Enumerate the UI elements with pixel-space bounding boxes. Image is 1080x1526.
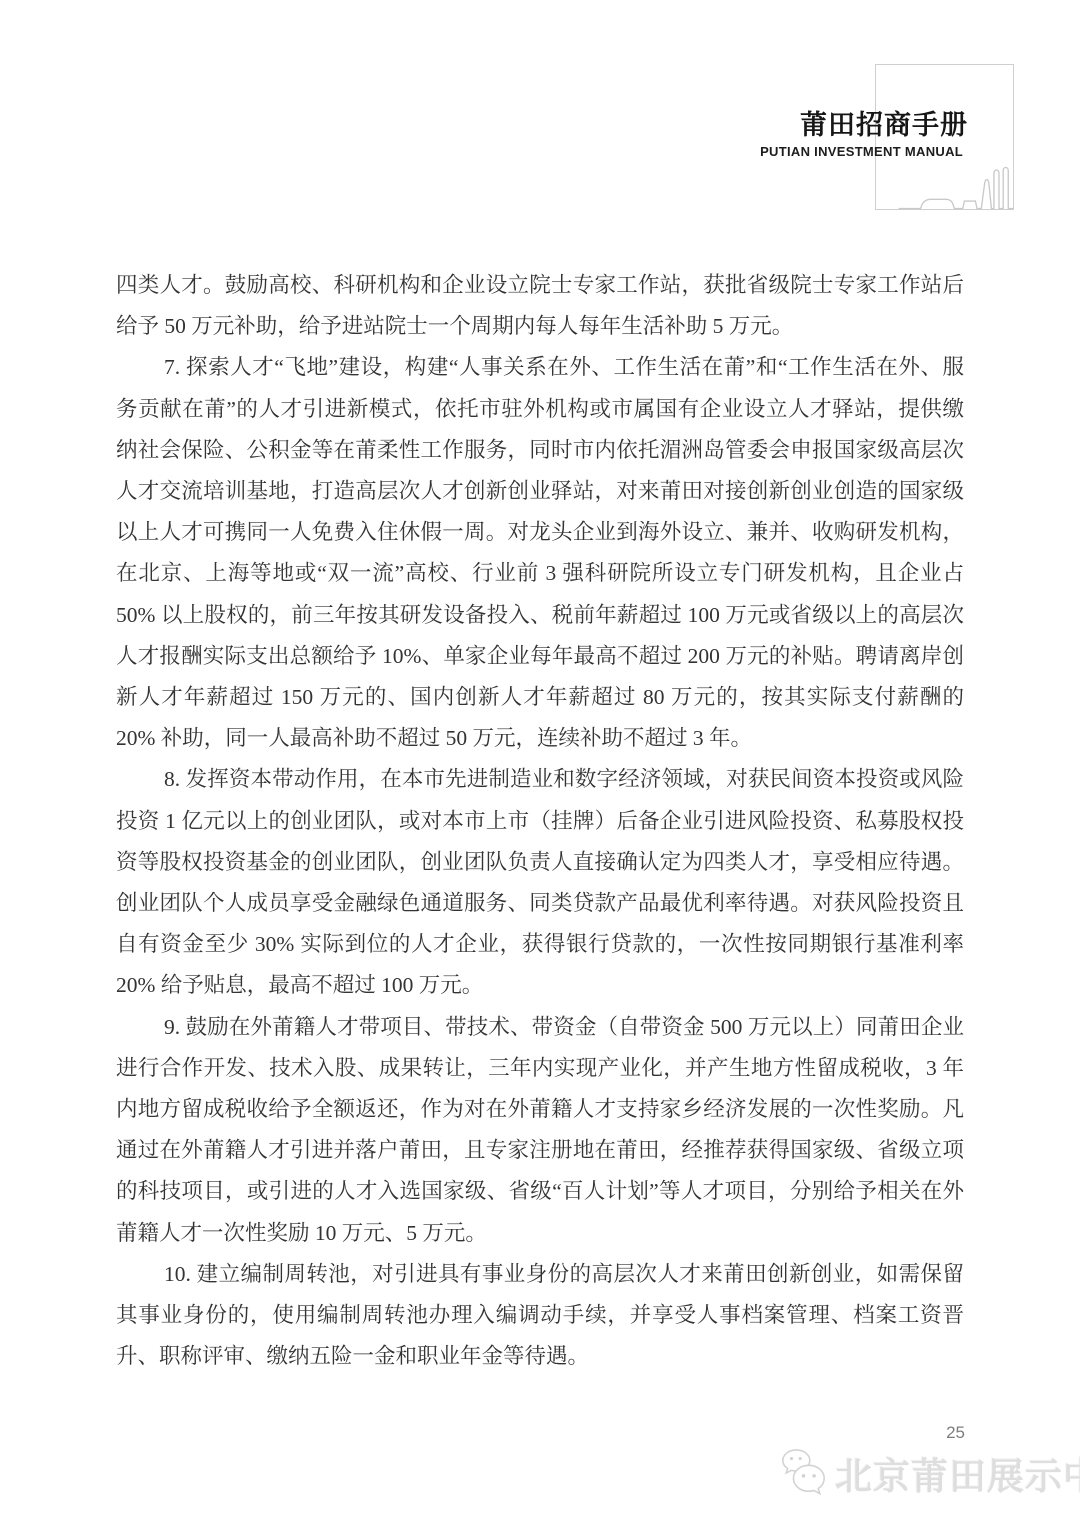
page-title: 莆田招商手册 [800,103,968,142]
paragraph: 8. 发挥资本带动作用，在本市先进制造业和数字经济领域，对获民间资本投资或风险投… [116,759,964,1006]
paragraph: 四类人才。鼓励高校、科研机构和企业设立院士专家工作站，获批省级院士专家工作站后给… [116,265,964,347]
watermark: 北京莆田展示中心 [779,1446,1080,1500]
document-page: { "header": { "title": "莆田招商手册", "subtit… [0,0,1080,1526]
page-number: 25 [946,1423,965,1443]
chat-bubbles-icon [779,1446,829,1500]
city-skyline-sketch-icon [897,157,1015,213]
page-subtitle: PUTIAN INVESTMENT MANUAL [760,144,963,159]
watermark-text: 北京莆田展示中心 [835,1446,1080,1500]
body-text: 四类人才。鼓励高校、科研机构和企业设立院士专家工作站，获批省级院士专家工作站后给… [116,265,964,1377]
paragraph: 7. 探索人才“飞地”建设，构建“人事关系在外、工作生活在莆”和“工作生活在外、… [116,347,964,759]
paragraph: 10. 建立编制周转池，对引进具有事业身份的高层次人才来莆田创新创业，如需保留其… [116,1254,964,1378]
paragraph: 9. 鼓励在外莆籍人才带项目、带技术、带资金（自带资金 500 万元以上）同莆田… [116,1007,964,1254]
